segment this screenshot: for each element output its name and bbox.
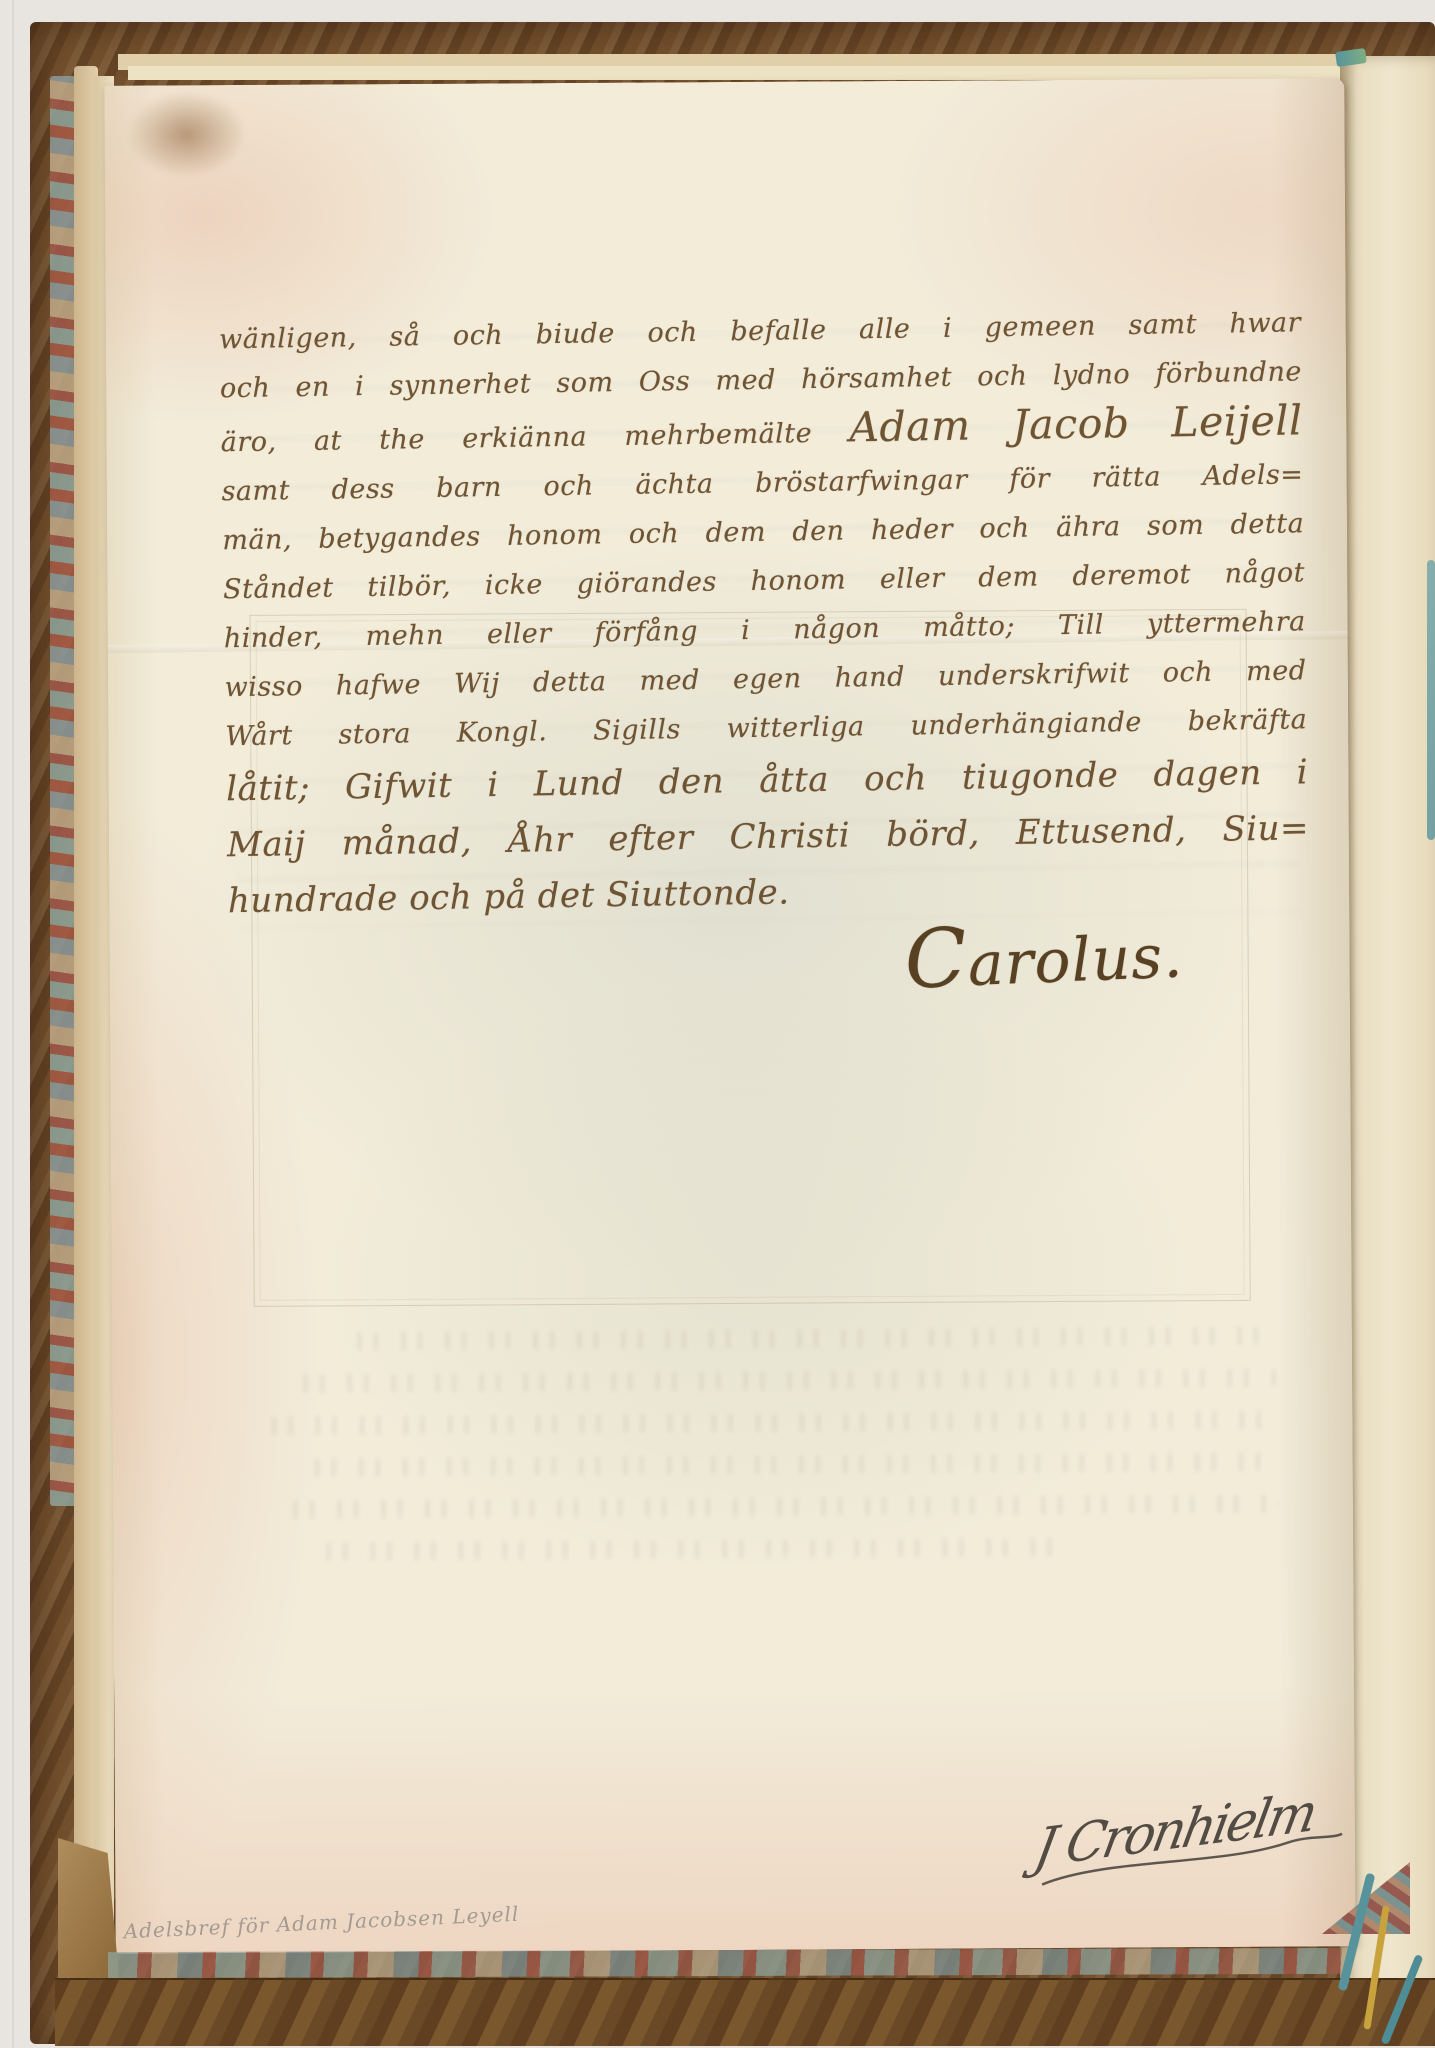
show-through-line	[294, 1369, 1278, 1393]
line-text: äro, at the erkiänna mehrbemälte	[221, 417, 850, 458]
show-through-line	[284, 1495, 1279, 1519]
leather-edge-bottom	[55, 1978, 1435, 2046]
page-stack-edge-top-inner	[128, 66, 1353, 80]
pencil-note: Adelsbref för Adam Jacobsen Leyell	[123, 1902, 520, 1944]
silk-ribbon-right	[1427, 560, 1435, 840]
marbled-edge-bottom	[108, 1948, 1348, 1978]
book-photograph: wänligen, så och biude och befalle alle …	[0, 0, 1435, 2048]
show-through-line	[348, 1327, 1268, 1351]
manuscript-text: wänligen, så och biude och befalle alle …	[219, 298, 1311, 929]
show-through-line	[317, 1538, 1066, 1561]
show-through-line	[262, 1411, 1279, 1435]
facing-page-gutter	[1340, 56, 1435, 1991]
backdrop-seam	[12, 0, 14, 2048]
countersignature: J Cronhielm	[1032, 1780, 1349, 1891]
show-through-line	[305, 1453, 1268, 1477]
manuscript-page: wänligen, så och biude och befalle alle …	[104, 78, 1355, 1954]
ink-stain-top-left	[126, 91, 247, 178]
verso-show-through	[262, 1326, 1334, 1585]
royal-signature: Carolus.	[903, 902, 1185, 1007]
ennobled-name: Adam Jacob Leijell	[849, 396, 1303, 451]
